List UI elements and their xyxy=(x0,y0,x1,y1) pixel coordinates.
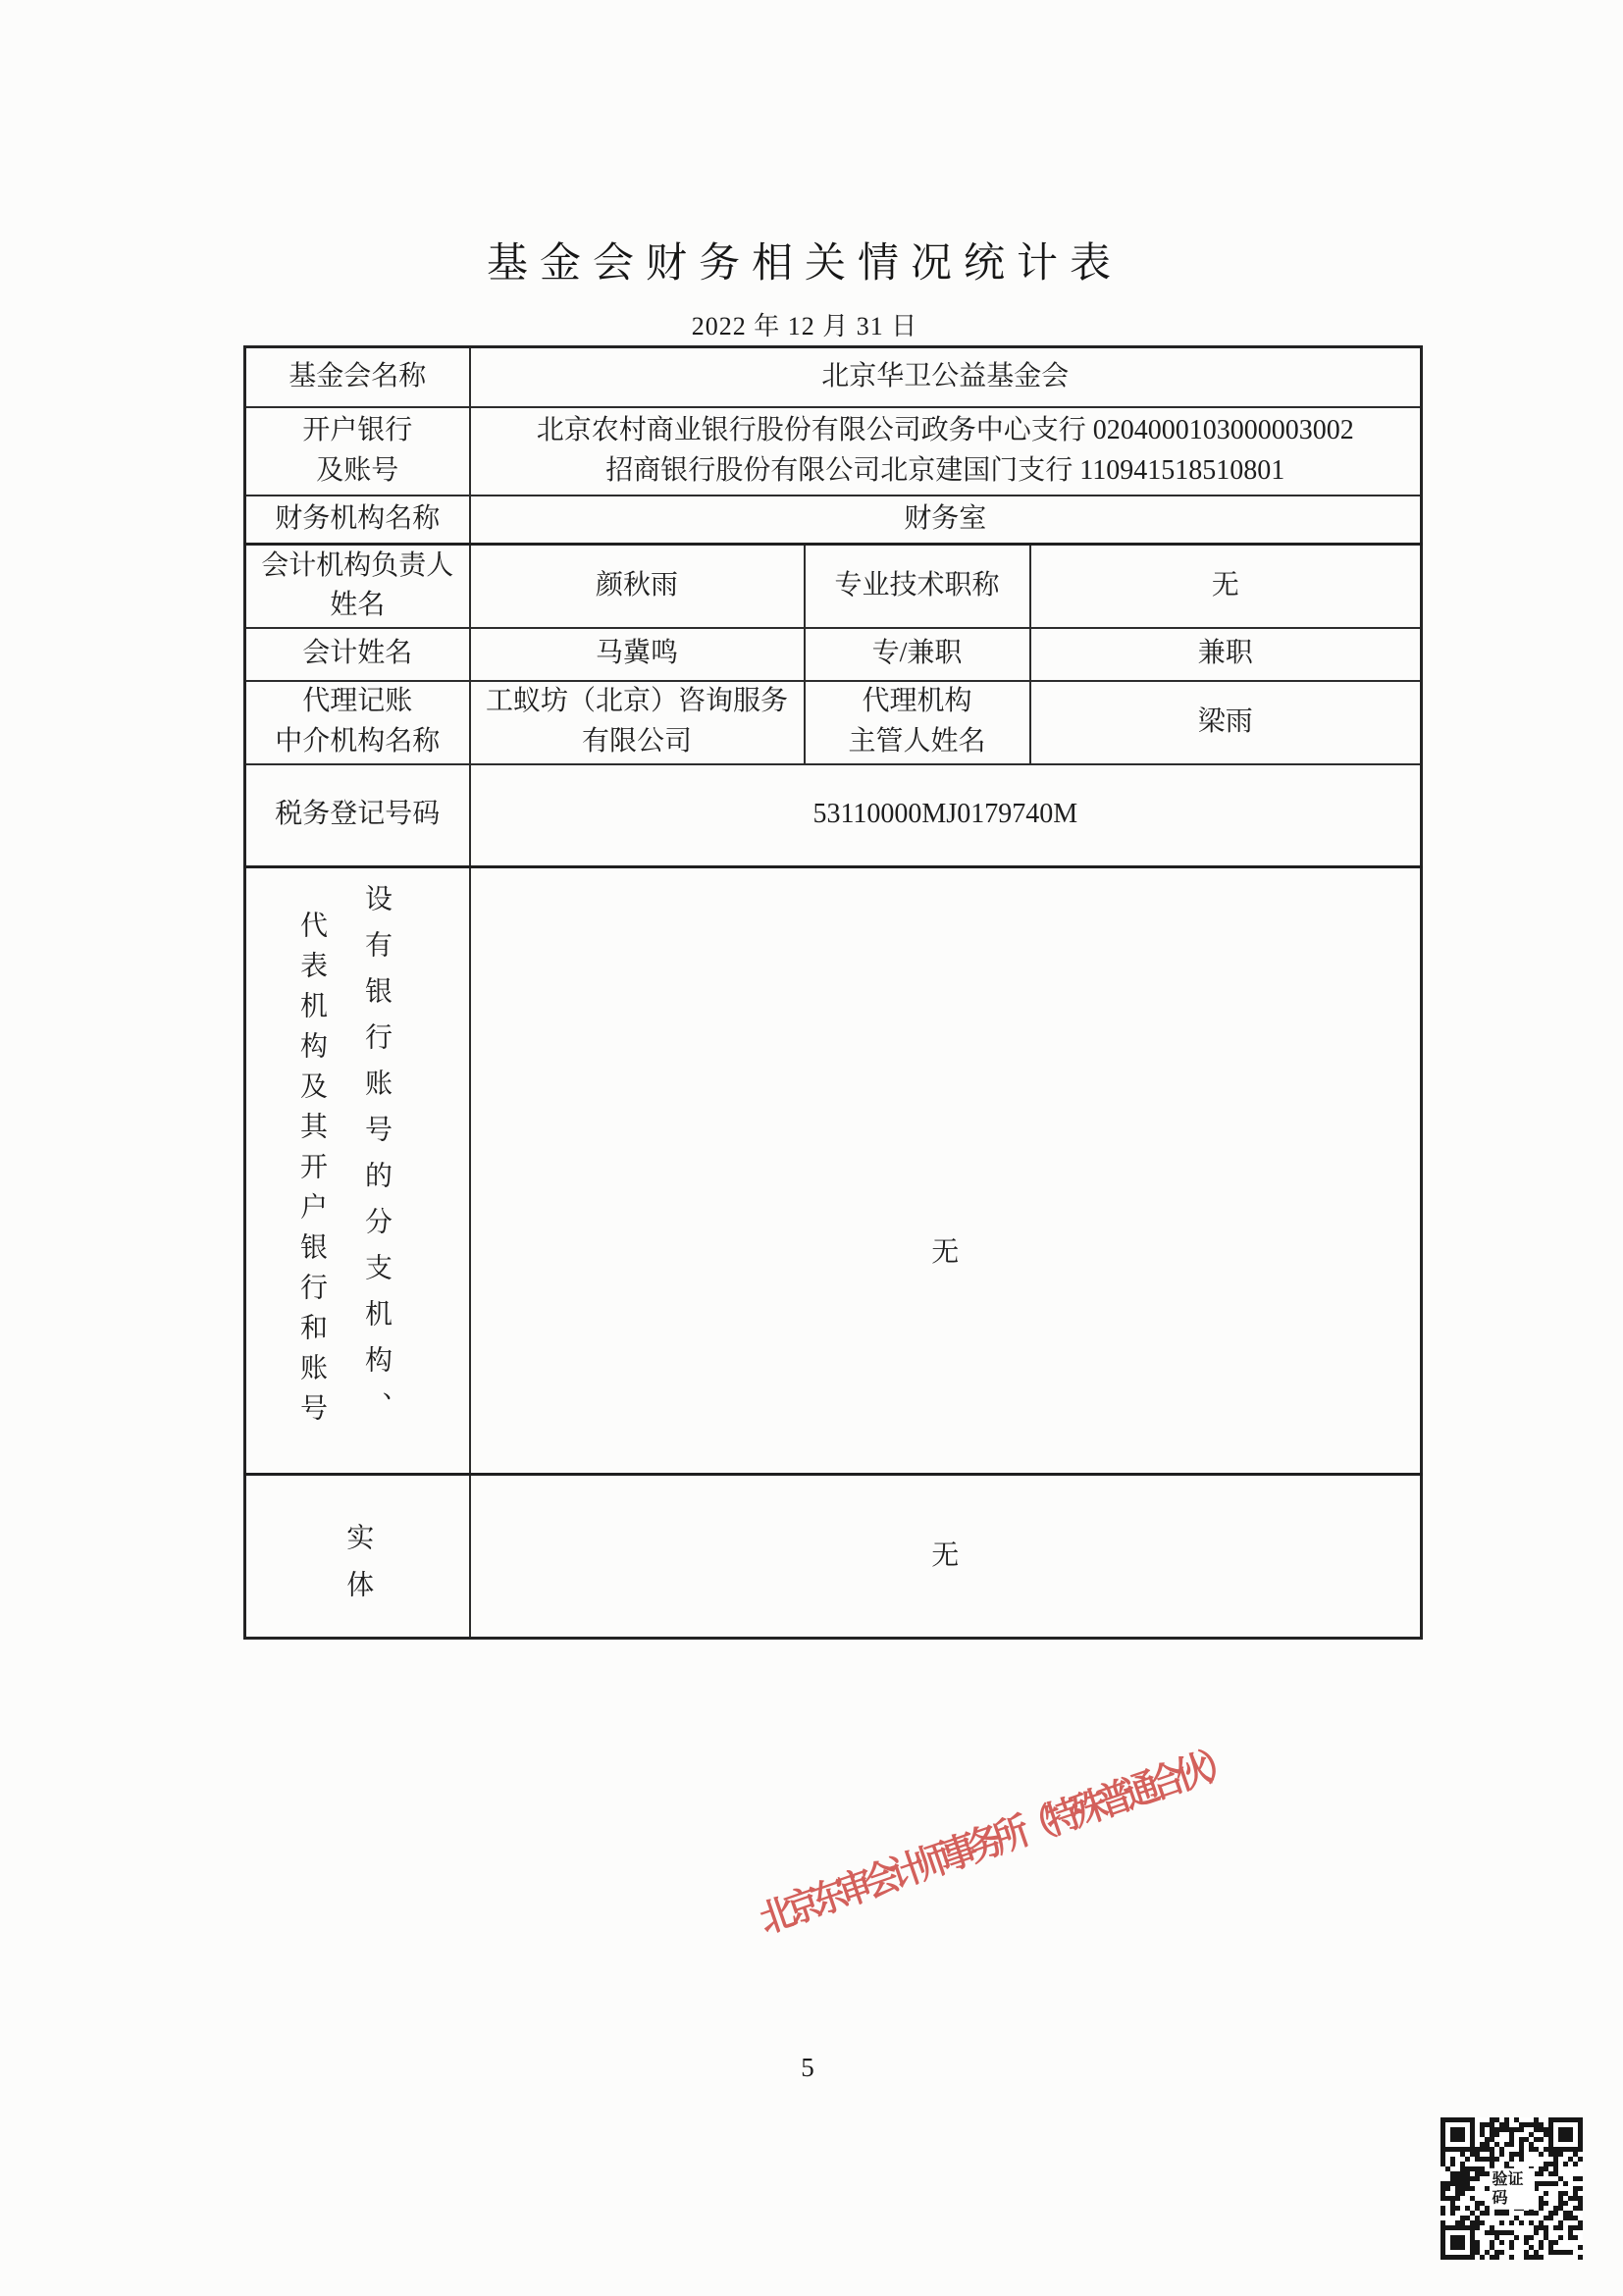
bank-accounts-label: 开户银行 及账号 xyxy=(245,407,470,496)
report-date: 2022 年 12 月 31 日 xyxy=(0,306,1609,342)
table-row: 代理记账 中介机构名称 工蚁坊（北京）咨询服务 有限公司 代理机构 主管人姓名 … xyxy=(245,681,1422,764)
table-row: 代表机构及其开户银行和账号 设有银行账号的分支机构、 无 xyxy=(245,867,1422,1475)
branches-label-right-column: 设有银行账号的分支机构、 xyxy=(362,884,390,1437)
accounting-head-label: 会计机构负责人 姓名 xyxy=(245,545,470,628)
page-title: 基金会财务相关情况统计表 xyxy=(0,241,1609,287)
foundation-name-label: 基金会名称 xyxy=(245,347,470,407)
bank-accounts-value: 北京农村商业银行股份有限公司政务中心支行 0204000103000003002… xyxy=(470,407,1422,496)
table-row: 基金会名称 北京华卫公益基金会 xyxy=(245,347,1422,407)
finance-org-value: 财务室 xyxy=(470,496,1422,545)
tech-title-value: 无 xyxy=(1030,545,1422,628)
tech-title-label: 专业技术职称 xyxy=(805,545,1030,628)
entities-label-cell: 实体 xyxy=(245,1475,470,1639)
page-number: 5 xyxy=(0,2053,1615,2083)
agency-label: 代理记账 中介机构名称 xyxy=(245,681,470,764)
branches-label-cell: 代表机构及其开户银行和账号 设有银行账号的分支机构、 xyxy=(245,867,470,1475)
branches-value-cell: 无 xyxy=(470,867,1422,1475)
duty-label: 专/兼职 xyxy=(805,628,1030,681)
agency-manager-value: 梁雨 xyxy=(1030,681,1422,764)
table-row: 会计机构负责人 姓名 颜秋雨 专业技术职称 无 xyxy=(245,545,1422,628)
duty-value: 兼职 xyxy=(1030,628,1422,681)
finance-info-table: 基金会名称 北京华卫公益基金会 开户银行 及账号 北京农村商业银行股份有限公司政… xyxy=(243,345,1423,1640)
accountant-value: 马冀鸣 xyxy=(470,628,805,681)
qr-code: 验证码 xyxy=(1440,2117,1583,2260)
accountant-label: 会计姓名 xyxy=(245,628,470,681)
auditor-stamp-text: 北京东审会计师事务所（特殊普通合伙） xyxy=(749,1731,1239,1945)
qr-code-label: 验证码 xyxy=(1490,2167,1535,2209)
agency-value: 工蚁坊（北京）咨询服务 有限公司 xyxy=(470,681,805,764)
finance-org-label: 财务机构名称 xyxy=(245,496,470,545)
table-row: 开户银行 及账号 北京农村商业银行股份有限公司政务中心支行 0204000103… xyxy=(245,407,1422,496)
branches-value: 无 xyxy=(931,1237,959,1268)
entities-label: 实体 xyxy=(343,1523,371,1617)
entities-value: 无 xyxy=(470,1475,1422,1639)
scanned-document-page: 基金会财务相关情况统计表 2022 年 12 月 31 日 基金会名称 北京华卫… xyxy=(0,0,1623,2296)
branches-label-left-column: 代表机构及其开户银行和账号 xyxy=(297,911,325,1434)
accounting-head-value: 颜秋雨 xyxy=(470,545,805,628)
table-row: 会计姓名 马冀鸣 专/兼职 兼职 xyxy=(245,628,1422,681)
table-row: 实体 无 xyxy=(245,1475,1422,1639)
table-row: 税务登记号码 53110000MJ0179740M xyxy=(245,764,1422,867)
foundation-name-value: 北京华卫公益基金会 xyxy=(470,347,1422,407)
agency-manager-label: 代理机构 主管人姓名 xyxy=(805,681,1030,764)
tax-id-label: 税务登记号码 xyxy=(245,764,470,867)
table-row: 财务机构名称 财务室 xyxy=(245,496,1422,545)
tax-id-value: 53110000MJ0179740M xyxy=(470,764,1422,867)
